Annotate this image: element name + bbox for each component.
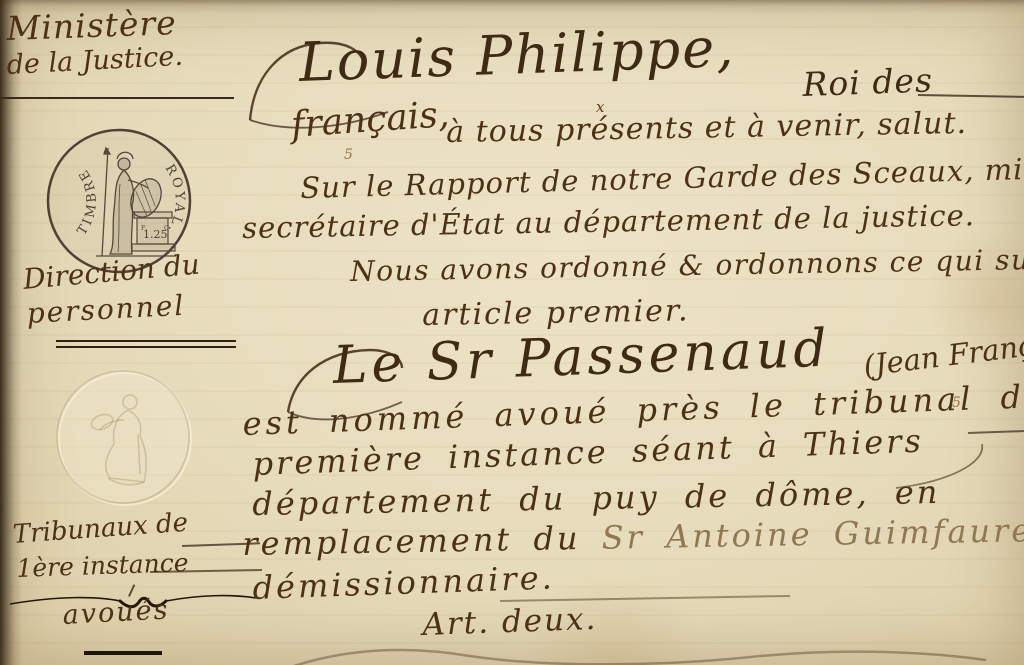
report-line2: secrétaire d'État au département de la j… bbox=[242, 201, 975, 243]
title-trailing-flourish bbox=[918, 94, 1024, 98]
direction-line2: personnel bbox=[26, 292, 186, 328]
avoues-underline bbox=[84, 651, 162, 655]
manuscript-page: Ministère de la Justice. TIMBRE ROYAL. bbox=[0, 0, 1024, 665]
appointee-paren: (Jean François) bbox=[862, 325, 1024, 381]
appointment-line1-underline bbox=[968, 430, 1024, 434]
appointment-line3: département du puy de dôme, en bbox=[252, 476, 941, 520]
ministry-title-line2: de la Justice. bbox=[6, 43, 184, 79]
article-two-heading: Art. deux. bbox=[422, 604, 598, 641]
royal-title-suffix: Roi des bbox=[802, 63, 933, 101]
ministry-title-line1: Ministère bbox=[6, 6, 177, 45]
stamp-value-c: C bbox=[164, 225, 169, 232]
ordain-line: Nous avons ordonné & ordonnons ce qui su… bbox=[350, 246, 1024, 286]
tribunal-line1: Tribunaux de bbox=[12, 510, 189, 548]
correction-mark-5-a: 5 bbox=[344, 148, 353, 162]
header-rule bbox=[0, 97, 234, 99]
appointee-name: Le Sr Passenaud bbox=[332, 323, 831, 392]
tribunal-line2: 1ère instance bbox=[16, 550, 189, 581]
royal-title: Louis Philippe, bbox=[298, 21, 736, 90]
embossed-seal bbox=[50, 364, 198, 512]
direction-double-underline bbox=[56, 340, 236, 348]
appointment-line4-start: remplacement du bbox=[242, 519, 602, 563]
salutation-start: français, bbox=[290, 97, 450, 144]
report-line1: Sur le Rapport de notre Garde des Sceaux… bbox=[300, 153, 1024, 203]
appointment-line4-predecessor: Sr Antoine Guimfaure bbox=[601, 511, 1024, 557]
cutoff-next-line-swash bbox=[290, 646, 990, 665]
appointment-line5: démissionnaire. bbox=[252, 561, 555, 604]
salutation-rest: à tous présents et à venir, salut. bbox=[446, 109, 967, 148]
avoues-label: avoués bbox=[62, 596, 170, 629]
